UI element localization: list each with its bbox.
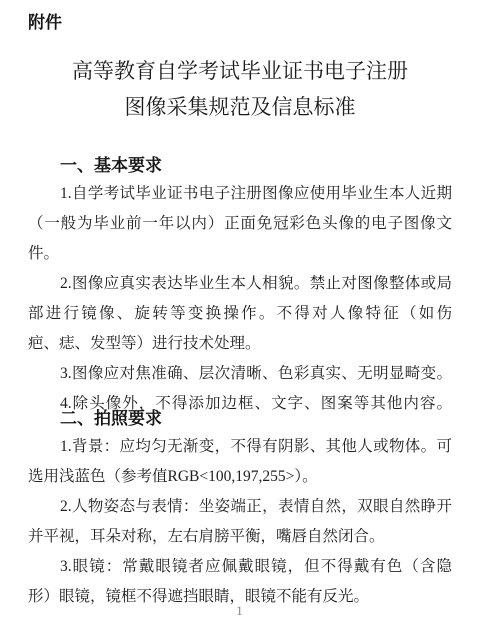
paragraph-line: 疤、痣、发型等）进行技术处理。 — [28, 329, 452, 359]
attachment-label: 附件 — [28, 12, 452, 34]
title-line-2: 图像采集规范及信息标准 — [28, 89, 452, 125]
paragraph-line: 2.人物姿态与表情：坐姿端正，表情自然，双眼自然睁开 — [28, 492, 452, 522]
section-heading-basic-requirements: 一、基本要求 — [28, 153, 452, 179]
paragraph: 2.图像应真实表达毕业生本人相貌。禁止对图像整体或局 部进行镜像、旋转等变换操作… — [28, 269, 452, 359]
paragraph-line: 3.眼镜：常戴眼镜者应佩戴眼镜，但不得戴有色（含隐 — [28, 552, 452, 582]
document-page: 附件 高等教育自学考试毕业证书电子注册 图像采集规范及信息标准 一、基本要求 1… — [0, 0, 479, 633]
paragraph-line: （一般为毕业前一年以内）正面免冠彩色头像的电子图像文 — [28, 209, 452, 239]
paragraph-line: 1.背景：应均匀无渐变，不得有阴影、其他人或物体。可 — [28, 432, 452, 462]
paragraph-line: 并平视，耳朵对称，左右肩膀平衡，嘴唇自然闭合。 — [28, 522, 452, 552]
document-body: 一、基本要求 1.自学考试毕业证书电子注册图像应使用毕业生本人近期 （一般为毕业… — [28, 153, 452, 612]
paragraph-line: 件。 — [28, 239, 452, 269]
paragraph: 1.背景：应均匀无渐变，不得有阴影、其他人或物体。可 选用浅蓝色（参考值RGB<… — [28, 432, 452, 492]
title-line-1: 高等教育自学考试毕业证书电子注册 — [28, 53, 452, 89]
paragraph-line: 3.图像应对焦准确、层次清晰、色彩真实、无明显畸变。 — [28, 359, 452, 389]
paragraph-line: 2.图像应真实表达毕业生本人相貌。禁止对图像整体或局 — [28, 269, 452, 299]
paragraph-line: 1.自学考试毕业证书电子注册图像应使用毕业生本人近期 — [28, 179, 452, 209]
paragraph: 2.人物姿态与表情：坐姿端正，表情自然，双眼自然睁开 并平视，耳朵对称，左右肩膀… — [28, 492, 452, 552]
paragraph-line: 选用浅蓝色（参考值RGB<100,197,255>）。 — [28, 462, 452, 492]
paragraph-line: 部进行镜像、旋转等变换操作。不得对人像特征（如伤 — [28, 299, 452, 329]
paragraph: 3.图像应对焦准确、层次清晰、色彩真实、无明显畸变。 — [28, 359, 452, 389]
paragraph: 1.自学考试毕业证书电子注册图像应使用毕业生本人近期 （一般为毕业前一年以内）正… — [28, 179, 452, 269]
page-number: 1 — [0, 604, 479, 617]
document-title: 高等教育自学考试毕业证书电子注册 图像采集规范及信息标准 — [28, 53, 452, 125]
